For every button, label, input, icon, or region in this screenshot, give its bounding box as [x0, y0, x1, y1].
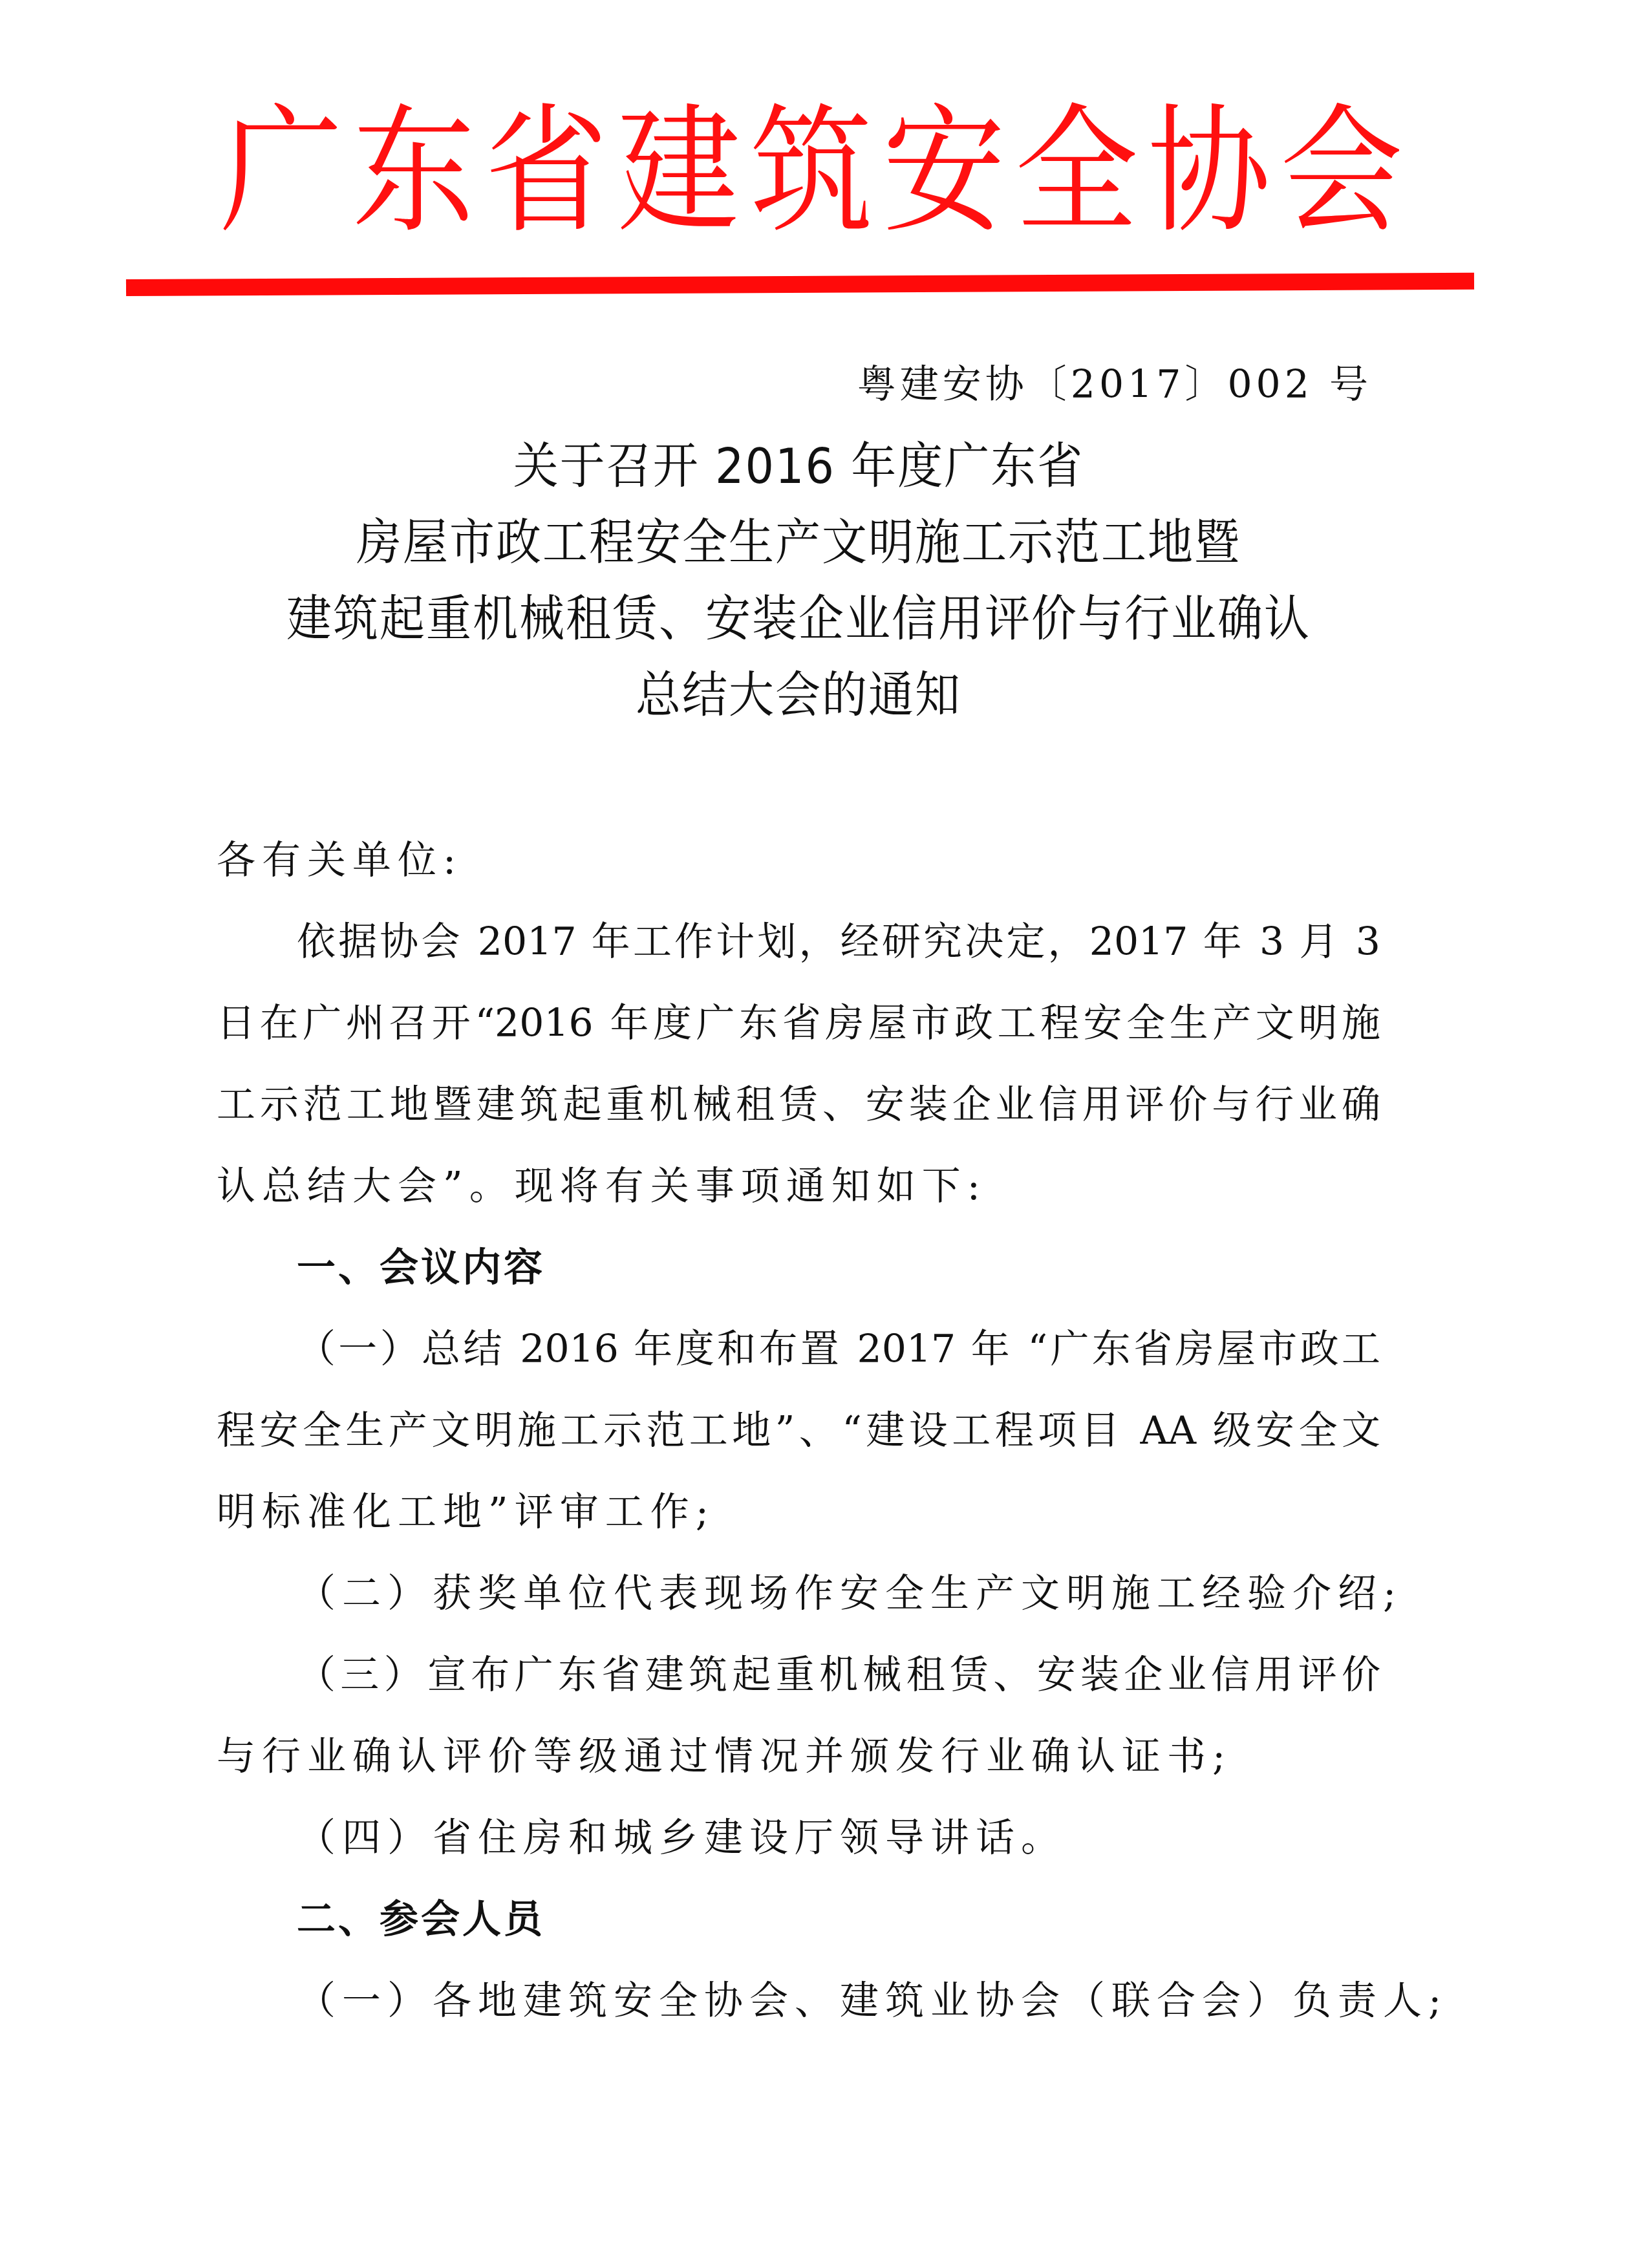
title-line: 关于召开 2016 年度广东省 — [0, 425, 1597, 507]
list-item: （一）各地建筑安全协会、建筑业协会（联合会）负责人; — [217, 1960, 1380, 2042]
letterhead-char: 东 — [352, 103, 475, 241]
title-line: 总结大会的通知 — [0, 654, 1597, 736]
letterhead-char: 建 — [617, 103, 740, 241]
section-heading: 二、参会人员 — [217, 1879, 1380, 1960]
paragraph-line: （一）总结 2016 年度和布置 2017 年 “广东省房屋市政工 — [217, 1309, 1380, 1390]
intro-paragraph: 依据协会 2017 年工作计划，经研究决定，2017 年 3 月 3 日在广州召… — [217, 901, 1380, 1227]
document-title: 关于召开 2016 年度广东省 房屋市政工程安全生产文明施工示范工地暨 建筑起重… — [0, 428, 1597, 733]
letterhead-char: 省 — [485, 103, 608, 241]
paragraph-line: （一）各地建筑安全协会、建筑业协会（联合会）负责人; — [217, 1960, 1380, 2042]
list-item: （二）获奖单位代表现场作安全生产文明施工经验介绍; — [217, 1553, 1380, 1634]
section-heading: 一、会议内容 — [217, 1227, 1380, 1309]
paragraph-line: （三）宣布广东省建筑起重机械租赁、安装企业信用评价 — [217, 1634, 1380, 1716]
letterhead-char: 筑 — [750, 103, 873, 241]
paragraph-line: 依据协会 2017 年工作计划，经研究决定，2017 年 3 月 3 — [217, 901, 1380, 983]
letterhead-char: 广 — [220, 103, 343, 241]
document-number: 粤建安协〔2017〕002 号 — [857, 359, 1372, 411]
letterhead-char: 全 — [1015, 103, 1138, 241]
letterhead-char: 安 — [883, 103, 1005, 241]
paragraph-line: （二）获奖单位代表现场作安全生产文明施工经验介绍; — [217, 1553, 1380, 1634]
title-line: 建筑起重机械租赁、安装企业信用评价与行业确认 — [0, 577, 1597, 659]
paragraph-line: 认总结大会”。现将有关事项通知如下: — [217, 1146, 1380, 1227]
paragraph-line: 工示范工地暨建筑起重机械租赁、安装企业信用评价与行业确 — [217, 1064, 1380, 1146]
letterhead-red-rule — [126, 273, 1474, 296]
paragraph-line: 程安全生产文明施工示范工地”、“建设工程项目 AA 级安全文 — [217, 1390, 1380, 1471]
document-body: 各有关单位: 依据协会 2017 年工作计划，经研究决定，2017 年 3 月 … — [217, 820, 1380, 2042]
section-attendees: 二、参会人员 （一）各地建筑安全协会、建筑业协会（联合会）负责人; — [217, 1879, 1380, 2042]
paragraph-line: （四）省住房和城乡建设厅领导讲话。 — [217, 1797, 1380, 1879]
list-item: （四）省住房和城乡建设厅领导讲话。 — [217, 1797, 1380, 1879]
salutation: 各有关单位: — [217, 820, 1380, 901]
paragraph-line: 与行业确认评价等级通过情况并颁发行业确认证书; — [217, 1716, 1380, 1797]
list-item: （三）宣布广东省建筑起重机械租赁、安装企业信用评价 与行业确认评价等级通过情况并… — [217, 1634, 1380, 1797]
letterhead-char: 协 — [1148, 103, 1270, 241]
list-item: （一）总结 2016 年度和布置 2017 年 “广东省房屋市政工 程安全生产文… — [217, 1309, 1380, 1553]
paragraph-line: 明标准化工地”评审工作; — [217, 1471, 1380, 1553]
letterhead-char: 会 — [1280, 103, 1403, 241]
section-meeting-content: 一、会议内容 （一）总结 2016 年度和布置 2017 年 “广东省房屋市政工… — [217, 1227, 1380, 1879]
title-line: 房屋市政工程安全生产文明施工示范工地暨 — [0, 501, 1597, 583]
paragraph-line: 日在广州召开“2016 年度广东省房屋市政工程安全生产文明施 — [217, 983, 1380, 1064]
letterhead-org-name: 广 东 省 建 筑 安 全 协 会 — [220, 97, 1403, 246]
